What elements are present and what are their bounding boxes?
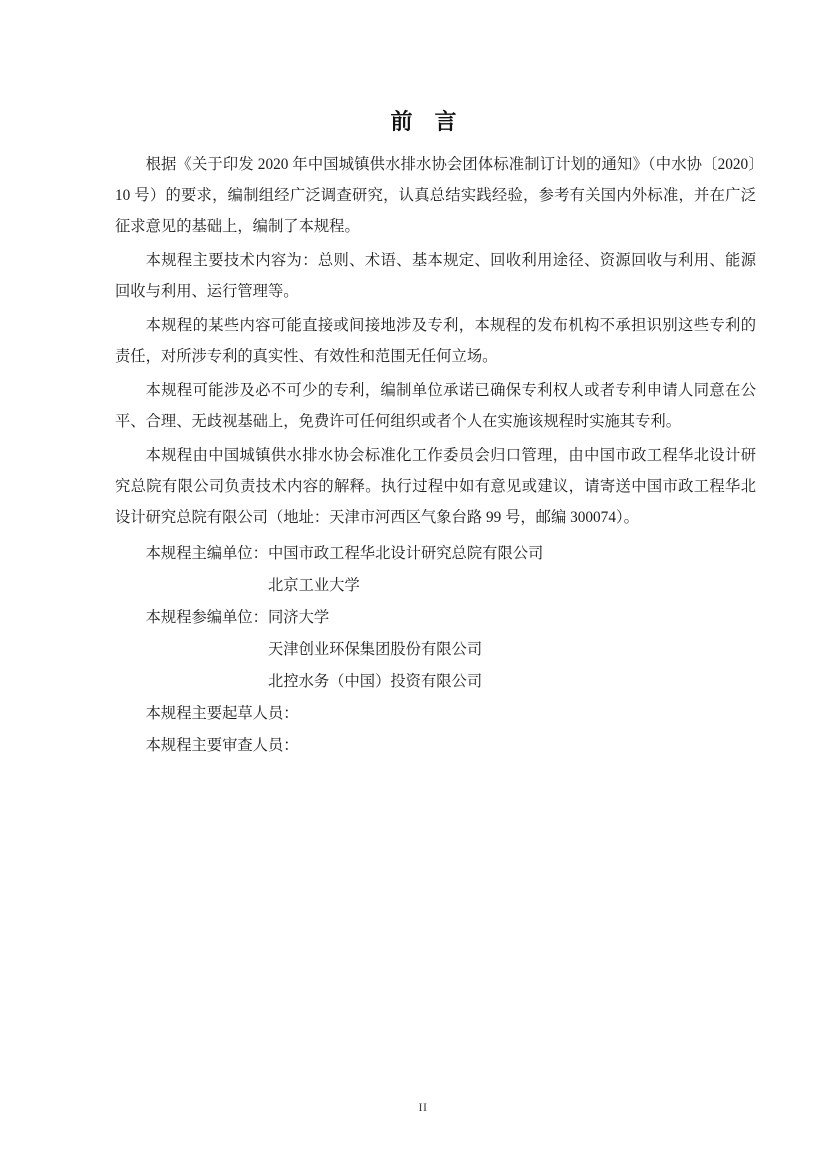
credit-label: 本规程主要起草人员：: [146, 698, 299, 730]
credit-row-chief-editor: 本规程主编单位： 中国市政工程华北设计研究总院有限公司 北京工业大学: [146, 538, 756, 602]
credit-value: 天津创业环保集团股份有限公司: [268, 634, 756, 666]
paragraph: 本规程可能涉及必不可少的专利，编制单位承诺已确保专利权人或者专利申请人同意在公平…: [115, 375, 756, 437]
credit-row-drafters: 本规程主要起草人员：: [146, 698, 756, 730]
credit-values: 中国市政工程华北设计研究总院有限公司 北京工业大学: [268, 538, 756, 602]
credit-value: 中国市政工程华北设计研究总院有限公司: [268, 538, 756, 570]
credit-label: 本规程主要审查人员：: [146, 730, 299, 762]
page-number: II: [10, 1100, 826, 1115]
credit-row-co-editor: 本规程参编单位： 同济大学 天津创业环保集团股份有限公司 北控水务（中国）投资有…: [146, 602, 756, 698]
paragraph: 本规程主要技术内容为：总则、术语、基本规定、回收利用途径、资源回收与利用、能源回…: [115, 245, 756, 307]
credit-value: 同济大学: [268, 602, 756, 634]
document-page: 前 言 根据《关于印发 2020 年中国城镇供水排水协会团体标准制订计划的通知》…: [0, 0, 826, 1169]
credit-label: 本规程主编单位：: [146, 538, 268, 570]
paragraph: 根据《关于印发 2020 年中国城镇供水排水协会团体标准制订计划的通知》（中水协…: [115, 149, 756, 242]
paragraph: 本规程由中国城镇供水排水协会标准化工作委员会归口管理，由中国市政工程华北设计研究…: [115, 440, 756, 533]
paragraph: 本规程的某些内容可能直接或间接地涉及专利，本规程的发布机构不承担识别这些专利的责…: [115, 310, 756, 372]
credit-value: 北京工业大学: [268, 570, 756, 602]
page-title: 前 言: [103, 106, 744, 137]
page-content: 前 言 根据《关于印发 2020 年中国城镇供水排水协会团体标准制订计划的通知》…: [115, 0, 756, 762]
credit-value: 北控水务（中国）投资有限公司: [268, 666, 756, 698]
credits-section: 本规程主编单位： 中国市政工程华北设计研究总院有限公司 北京工业大学 本规程参编…: [115, 538, 756, 762]
credit-row-reviewers: 本规程主要审查人员：: [146, 730, 756, 762]
credit-label: 本规程参编单位：: [146, 602, 268, 634]
credit-values: 同济大学 天津创业环保集团股份有限公司 北控水务（中国）投资有限公司: [268, 602, 756, 698]
